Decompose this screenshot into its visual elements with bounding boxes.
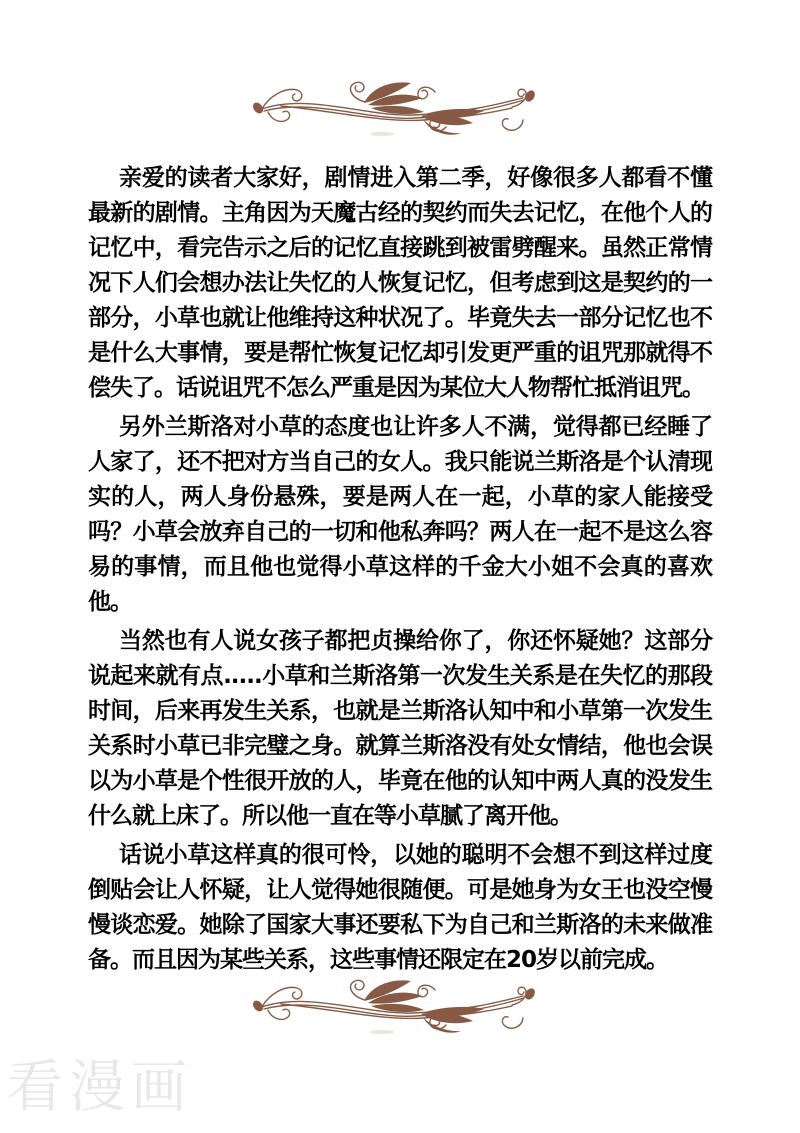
flourish-leaves bbox=[251, 980, 537, 1032]
flourish-shadow bbox=[370, 132, 394, 136]
floral-flourish-icon bbox=[249, 81, 541, 137]
paragraph-2: 另外兰斯洛对小草的态度也让许多人不满，觉得都已经睡了人家了，还不把对方当自己的女… bbox=[88, 410, 712, 620]
top-flourish-divider bbox=[249, 81, 541, 137]
paragraph-1: 亲爱的读者大家好，剧情进入第二季，好像很多人都看不懂最新的剧情。主角因为天魔古经… bbox=[88, 161, 712, 406]
paragraph-4: 话说小草这样真的很可怜，以她的聪明不会想不到这样过度倒贴会让人怀疑，让人觉得她很… bbox=[88, 838, 712, 978]
bottom-flourish-divider bbox=[249, 979, 541, 1035]
comic-author-note-page: 亲爱的读者大家好，剧情进入第二季，好像很多人都看不懂最新的剧情。主角因为天魔古经… bbox=[0, 0, 800, 1133]
floral-flourish-icon bbox=[249, 979, 541, 1035]
paragraph-3: 当然也有人说女孩子都把贞操给你了，你还怀疑她？这部分说起来就有点.....小草和… bbox=[88, 624, 712, 834]
author-note-text: 亲爱的读者大家好，剧情进入第二季，好像很多人都看不懂最新的剧情。主角因为天魔古经… bbox=[88, 161, 712, 982]
flourish-leaves bbox=[251, 82, 537, 134]
kanmanhua-watermark: 看漫画 bbox=[7, 1060, 193, 1116]
flourish-shadow bbox=[370, 1030, 394, 1034]
